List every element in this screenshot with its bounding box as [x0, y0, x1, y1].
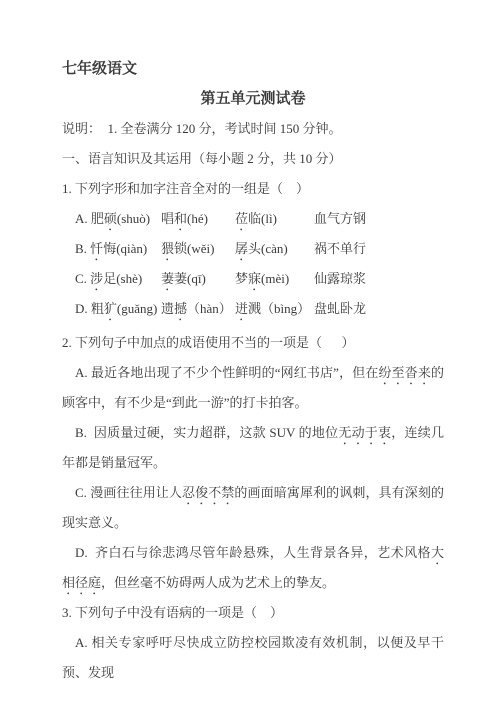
- q1-c-word-3: 梦寐(mèi): [235, 264, 314, 294]
- q1-b-word-2: 猥锁(wěi): [161, 234, 235, 264]
- question-2-option-a: A. 最近各地出现了不少个性鲜明的“网红书店”，但在纷至沓来的顾客中，有不少是“…: [62, 358, 444, 418]
- question-3-option-a: A. 相关专家呼吁尽快成立防控校园欺凌有效机制，以便及早干预、发现: [62, 628, 444, 688]
- question-2-option-c: C. 漫画往往用让人忍俊不禁的画面暗寓犀利的讽刺，具有深刻的现实意义。: [62, 478, 444, 538]
- q1-a-word-3: 莅临(lì): [235, 204, 314, 234]
- exam-instructions: 说明： 1. 全卷满分 120 分，考试时间 150 分钟。: [62, 114, 444, 144]
- page-content: 七年级语文 第五单元测试卷 说明： 1. 全卷满分 120 分，考试时间 150…: [0, 0, 500, 688]
- paper-title: 第五单元测试卷: [62, 84, 444, 114]
- test-paper-page: 七年级语文 第五单元测试卷 说明： 1. 全卷满分 120 分，考试时间 150…: [0, 0, 500, 707]
- question-2-option-b: B. 因质量过硬，实力超群，这款 SUV 的地位无动于衷，连续几年都是销量冠军。: [62, 418, 444, 478]
- q1-c-word-2: 萋萋(qī): [161, 264, 235, 294]
- question-3-prompt: 3. 下列句子中没有语病的一项是（ ）: [62, 598, 444, 628]
- q1-c-word-4: 仙露琼浆: [314, 264, 366, 294]
- section-1-heading: 一、语言知识及其运用（每小题 2 分，共 10 分）: [62, 144, 444, 174]
- question-1-prompt: 1. 下列字形和加字注音全对的一组是（ ）: [62, 174, 444, 204]
- q1-a-word-1: A. 肥硕(shuò): [75, 204, 161, 234]
- question-2-option-d: D. 齐白石与徐悲鸿尽管年龄悬殊，人生背景各异，艺术风格大相径庭，但丝毫不妨碍两…: [62, 538, 444, 598]
- q1-b-word-4: 祸不单行: [314, 234, 366, 264]
- q1-a-word-4: 血气方钢: [314, 204, 366, 234]
- q1-d-word-4: 盘虬卧龙: [314, 294, 366, 324]
- q1-d-word-1: D. 粗犷(guǎng): [75, 294, 161, 324]
- q1-b-word-1: B. 忏悔(qiàn): [75, 234, 161, 264]
- q1-d-word-3: 迸溅（bìng）: [235, 294, 314, 324]
- question-2-prompt: 2. 下列句子中加点的成语使用不当的一项是（ ）: [62, 328, 444, 358]
- q1-d-word-2: 遗撼（hàn）: [161, 294, 235, 324]
- question-1-option-c: C. 涉足(shè) 萋萋(qī) 梦寐(mèi) 仙露琼浆: [62, 264, 444, 294]
- q1-b-word-3: 孱头(càn): [235, 234, 314, 264]
- course-title: 七年级语文: [62, 54, 444, 84]
- question-1-option-b: B. 忏悔(qiàn) 猥锁(wěi) 孱头(càn) 祸不单行: [62, 234, 444, 264]
- q1-a-word-2: 唱和(hé): [161, 204, 235, 234]
- question-1-option-a: A. 肥硕(shuò) 唱和(hé) 莅临(lì) 血气方钢: [62, 204, 444, 234]
- question-1-option-d: D. 粗犷(guǎng) 遗撼（hàn） 迸溅（bìng） 盘虬卧龙: [62, 294, 444, 324]
- q1-c-word-1: C. 涉足(shè): [75, 264, 161, 294]
